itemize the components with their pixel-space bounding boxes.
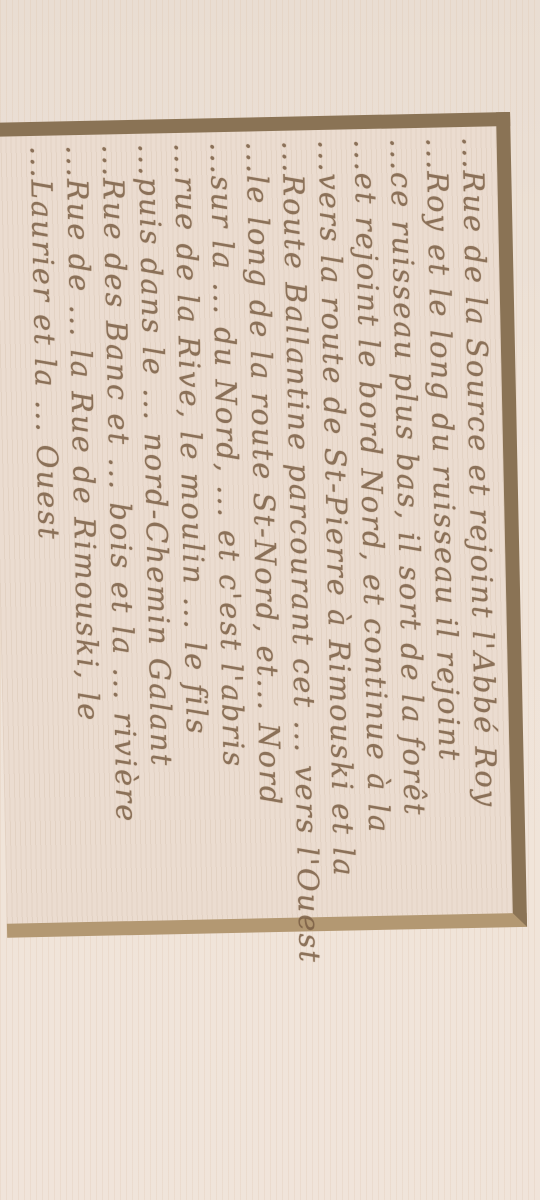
engraved-panel: ...Rue de la Source et rejoint l'Abbé Ro… [0, 112, 527, 938]
handwritten-text: ...Rue de la Source et rejoint l'Abbé Ro… [0, 136, 507, 946]
